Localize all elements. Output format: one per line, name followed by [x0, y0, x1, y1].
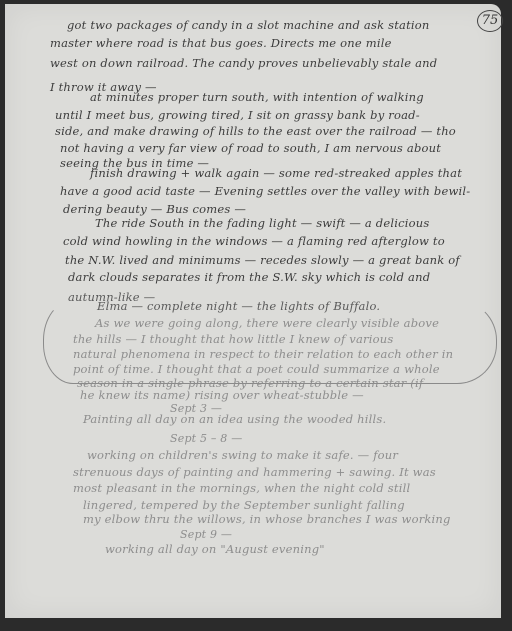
- manuscript-line: master where road is that bus goes. Dire…: [50, 36, 392, 50]
- manuscript-line: point of time. I thought that a poet cou…: [73, 362, 440, 376]
- manuscript-line: dering beauty — Bus comes —: [63, 202, 246, 216]
- manuscript-line: not having a very far view of road to so…: [60, 141, 441, 155]
- manuscript-line: until I meet bus, growing tired, I sit o…: [55, 108, 420, 122]
- manuscript-line: natural phenomena in respect to their re…: [73, 347, 453, 361]
- page-number: 75: [477, 10, 503, 32]
- date-heading: Sept 9 —: [180, 528, 232, 541]
- date-heading: Sept 5 – 8 —: [170, 432, 242, 445]
- manuscript-line: he knew its name) rising over wheat-stub…: [80, 388, 364, 402]
- manuscript-line: lingered, tempered by the September sunl…: [83, 498, 405, 512]
- manuscript-line: have a good acid taste — Evening settles…: [60, 184, 470, 198]
- manuscript-line: working all day on "August evening": [105, 542, 325, 556]
- manuscript-line: my elbow thru the willows, in whose bran…: [83, 512, 451, 526]
- manuscript-line: The ride South in the fading light — swi…: [95, 216, 430, 230]
- manuscript-line: most pleasant in the mornings, when the …: [73, 481, 410, 495]
- manuscript-line: As we were going along, there were clear…: [95, 316, 439, 330]
- manuscript-line: finish drawing + walk again — some red-s…: [90, 166, 462, 180]
- manuscript-line: side, and make drawing of hills to the e…: [55, 124, 456, 138]
- manuscript-line: the hills — I thought that how little I …: [73, 332, 393, 346]
- manuscript-line: strenuous days of painting and hammering…: [73, 465, 436, 479]
- manuscript-line: west on down railroad. The candy proves …: [50, 56, 437, 70]
- manuscript-line: at minutes proper turn south, with inten…: [90, 90, 424, 104]
- manuscript-line: Painting all day on an idea using the wo…: [83, 412, 386, 426]
- manuscript-line: cold wind howling in the windows — a fla…: [63, 234, 445, 248]
- manuscript-line: the N.W. lived and minimums — recedes sl…: [65, 253, 460, 267]
- manuscript-line: got two packages of candy in a slot mach…: [67, 18, 430, 32]
- manuscript-page: 75 got two packages of candy in a slot m…: [5, 4, 501, 618]
- manuscript-line: working on children's swing to make it s…: [87, 448, 398, 462]
- manuscript-line: dark clouds separates it from the S.W. s…: [68, 270, 430, 284]
